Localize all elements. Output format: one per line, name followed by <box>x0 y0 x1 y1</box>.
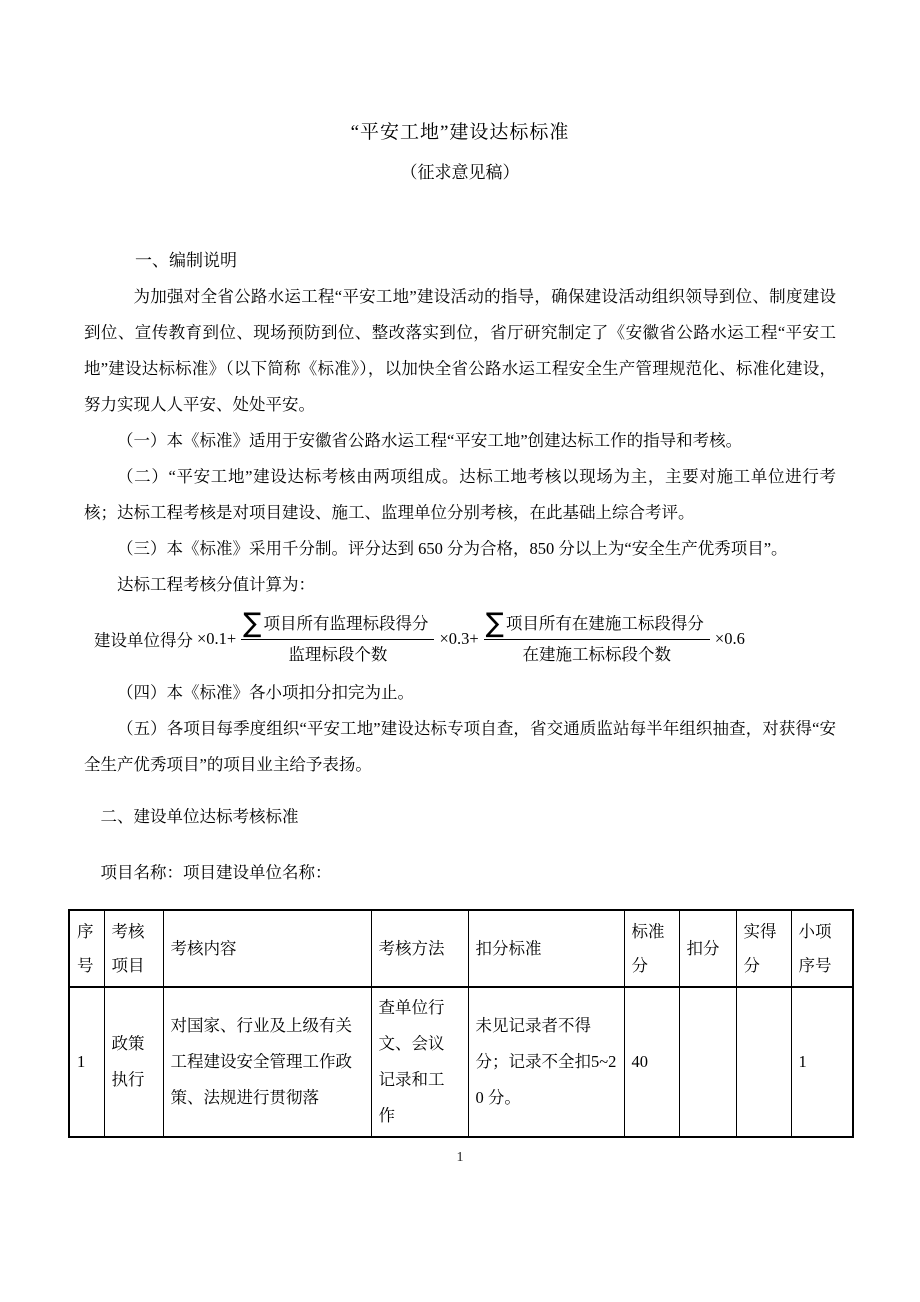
header-cell-actual-score: 实得分 <box>736 910 791 987</box>
score-formula: 建设单位得分 ×0.1+ ∑项目所有监理标段得分 监理标段个数 ×0.3+ ∑项… <box>92 607 836 671</box>
formula-operator-3: ×0.6 <box>715 629 745 649</box>
document-page: “平安工地”建设达标标准 （征求意见稿） 一、编制说明 为加强对全省公路水运工程… <box>0 0 920 1302</box>
paragraph-intro: 为加强对全省公路水运工程“平安工地”建设活动的指导，确保建设活动组织领导到位、制… <box>84 279 836 423</box>
formula-operator-1: ×0.1+ <box>197 629 236 649</box>
doc-subtitle: （征求意见稿） <box>0 158 920 188</box>
formula-operator-2: ×0.3+ <box>439 629 478 649</box>
table-header-row: 序号 考核项目 考核内容 考核方法 扣分标准 标准分 扣分 实得分 小项序号 <box>69 910 853 987</box>
fraction-denominator-text: 在建施工标标段个数 <box>523 640 672 668</box>
cell-assessment-method: 查单位行文、会议记录和工作 <box>371 987 468 1137</box>
section-two-heading: 二、建设单位达标考核标准 <box>84 799 836 835</box>
header-cell-deduction: 扣分 <box>679 910 736 987</box>
header-cell-assessment-content: 考核内容 <box>163 910 371 987</box>
formula-lead-text: 建设单位得分 <box>94 627 193 651</box>
paragraph-formula-lead: 达标工程考核分值计算为： <box>84 567 836 603</box>
formula-fraction-construction: ∑项目所有在建施工标段得分 在建施工标标段个数 <box>484 610 710 668</box>
header-cell-serial-no: 序号 <box>69 910 104 987</box>
page-number: 1 <box>0 1150 920 1166</box>
paragraph-item-2: （二）“平安工地”建设达标考核由两项组成。达标工地考核以现场为主，主要对施工单位… <box>84 459 836 531</box>
fraction-numerator-wrap: ∑项目所有监理标段得分 <box>241 610 434 640</box>
header-cell-sub-item-no: 小项序号 <box>791 910 853 987</box>
cell-deduction <box>679 987 736 1137</box>
cell-actual-score <box>736 987 791 1137</box>
paragraph-item-3: （三）本《标准》采用千分制。评分达到 650 分为合格，850 分以上为“安全生… <box>84 531 836 567</box>
document-body: 一、编制说明 为加强对全省公路水运工程“平安工地”建设活动的指导，确保建设活动组… <box>84 243 836 891</box>
fraction-numerator-text: 项目所有监理标段得分 <box>263 611 428 637</box>
header-cell-standard-score: 标准分 <box>624 910 679 987</box>
cell-deduction-standard: 未见记录者不得分；记录不全扣5~20 分。 <box>468 987 624 1137</box>
header-cell-assessment-method: 考核方法 <box>371 910 468 987</box>
formula-fraction-supervision: ∑项目所有监理标段得分 监理标段个数 <box>241 610 434 668</box>
header-cell-assessment-item: 考核项目 <box>104 910 163 987</box>
project-name-line: 项目名称：项目建设单位名称： <box>84 855 836 891</box>
cell-standard-score: 40 <box>624 987 679 1137</box>
doc-title: “平安工地”建设达标标准 <box>0 0 920 148</box>
sigma-icon: ∑ <box>486 610 504 637</box>
paragraph-item-4: （四）本《标准》各小项扣分扣完为止。 <box>84 675 836 711</box>
sigma-icon: ∑ <box>243 610 261 637</box>
cell-sub-item-no: 1 <box>791 987 853 1137</box>
cell-serial-no: 1 <box>69 987 104 1137</box>
header-cell-deduction-standard: 扣分标准 <box>468 910 624 987</box>
fraction-numerator-wrap: ∑项目所有在建施工标段得分 <box>484 610 710 640</box>
paragraph-item-5: （五）各项目每季度组织“平安工地”建设达标专项自查，省交通质监站每半年组织抽查，… <box>84 711 836 783</box>
table-row: 1 政策执行 对国家、行业及上级有关工程建设安全管理工作政策、法规进行贯彻落 查… <box>69 987 853 1137</box>
paragraph-item-1: （一）本《标准》适用于安徽省公路水运工程“平安工地”创建达标工作的指导和考核。 <box>84 423 836 459</box>
fraction-numerator-text: 项目所有在建施工标段得分 <box>506 611 704 637</box>
cell-assessment-content: 对国家、行业及上级有关工程建设安全管理工作政策、法规进行贯彻落 <box>163 987 371 1137</box>
assessment-table: 序号 考核项目 考核内容 考核方法 扣分标准 标准分 扣分 实得分 小项序号 1… <box>68 909 854 1138</box>
fraction-denominator-text: 监理标段个数 <box>288 640 387 668</box>
cell-assessment-item: 政策执行 <box>104 987 163 1137</box>
section-one-heading: 一、编制说明 <box>84 243 836 279</box>
